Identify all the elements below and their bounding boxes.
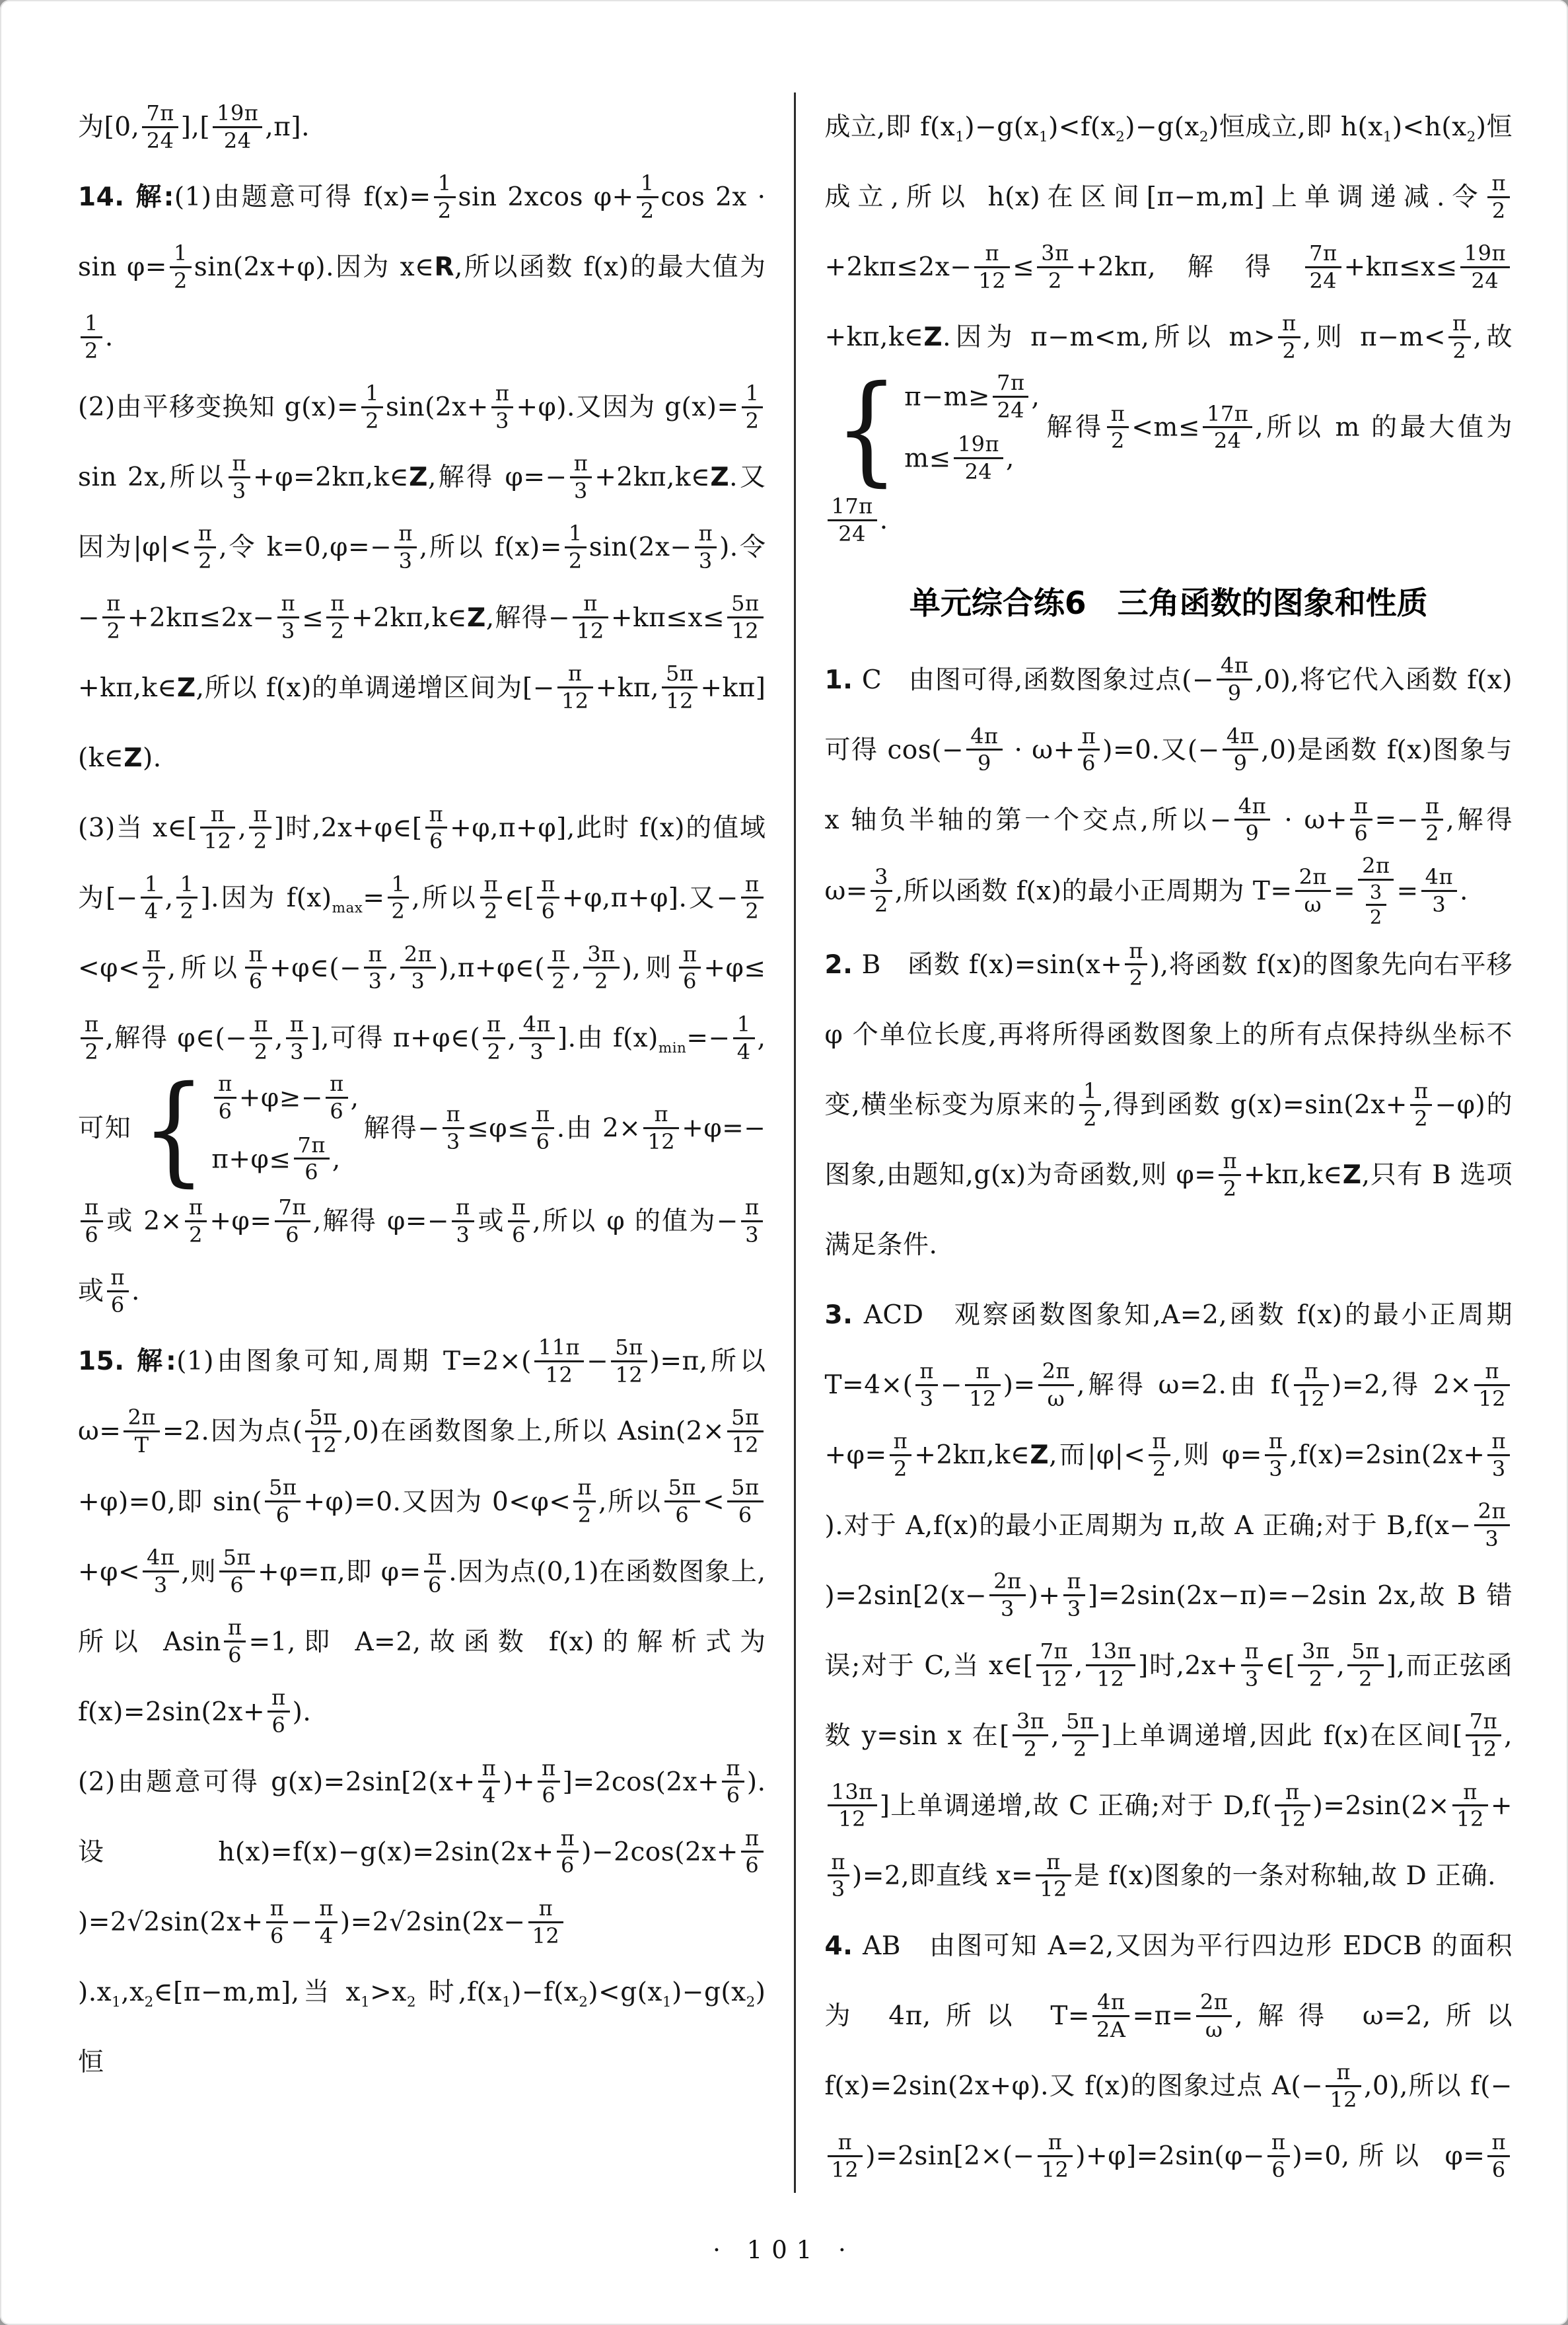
brace-icon: { — [141, 1080, 205, 1180]
answer-paragraph: 14. 解:(1)由题意可得 f(x)=12sin 2xcos φ+12cos … — [78, 163, 766, 373]
answer-paragraph: (2)由题意可得 g(x)=2sin[2(x+π4)+π6]=2cos(2x+π… — [78, 1748, 766, 2098]
answer-paragraph: 3. ACD 观察函数图象知,A=2,函数 f(x)的最小正周期 T=4×(π3… — [825, 1280, 1513, 1911]
section-header: 单元综合练6 三角函数的图象和性质 — [825, 579, 1513, 628]
answer-paragraph: 2. B 函数 f(x)=sin(x+π2),将函数 f(x)的图象先向右平移 … — [825, 930, 1513, 1280]
scanned-answer-page: 为[0,7π24],[19π24,π].14. 解:(1)由题意可得 f(x)=… — [0, 0, 1568, 2325]
right-column: 成立,即 f(x1)−g(x1)<f(x2)−g(x2)恒成立,即 h(x1)<… — [796, 92, 1513, 2193]
page-number: · 101 · — [0, 2236, 1568, 2264]
columns-container: 为[0,7π24],[19π24,π].14. 解:(1)由题意可得 f(x)=… — [78, 92, 1513, 2193]
answer-paragraph: 4. AB 由图可知 A=2,又因为平行四边形 EDCB 的面积为 4π,所以 … — [825, 1911, 1513, 2193]
brace-icon: { — [834, 379, 898, 480]
answer-paragraph: 1. C 由图可得,函数图象过点(−4π9,0),将它代入函数 f(x)可得 c… — [825, 646, 1513, 930]
answer-paragraph: 成立,即 f(x1)−g(x1)<f(x2)−g(x2)恒成立,即 h(x1)<… — [825, 92, 1513, 556]
left-column: 为[0,7π24],[19π24,π].14. 解:(1)由题意可得 f(x)=… — [78, 92, 794, 2193]
answer-paragraph: 为[0,7π24],[19π24,π]. — [78, 92, 766, 163]
answer-paragraph: 15. 解:(1)由图象可知,周期 T=2×(11π12−5π12)=π,所以 … — [78, 1327, 766, 1747]
answer-paragraph: (2)由平移变换知 g(x)=12sin(2x+π3+φ).又因为 g(x)=1… — [78, 373, 766, 793]
answer-paragraph: (3)当 x∈[π12,π2]时,2x+φ∈[π6+φ,π+φ],此时 f(x)… — [78, 793, 766, 1327]
